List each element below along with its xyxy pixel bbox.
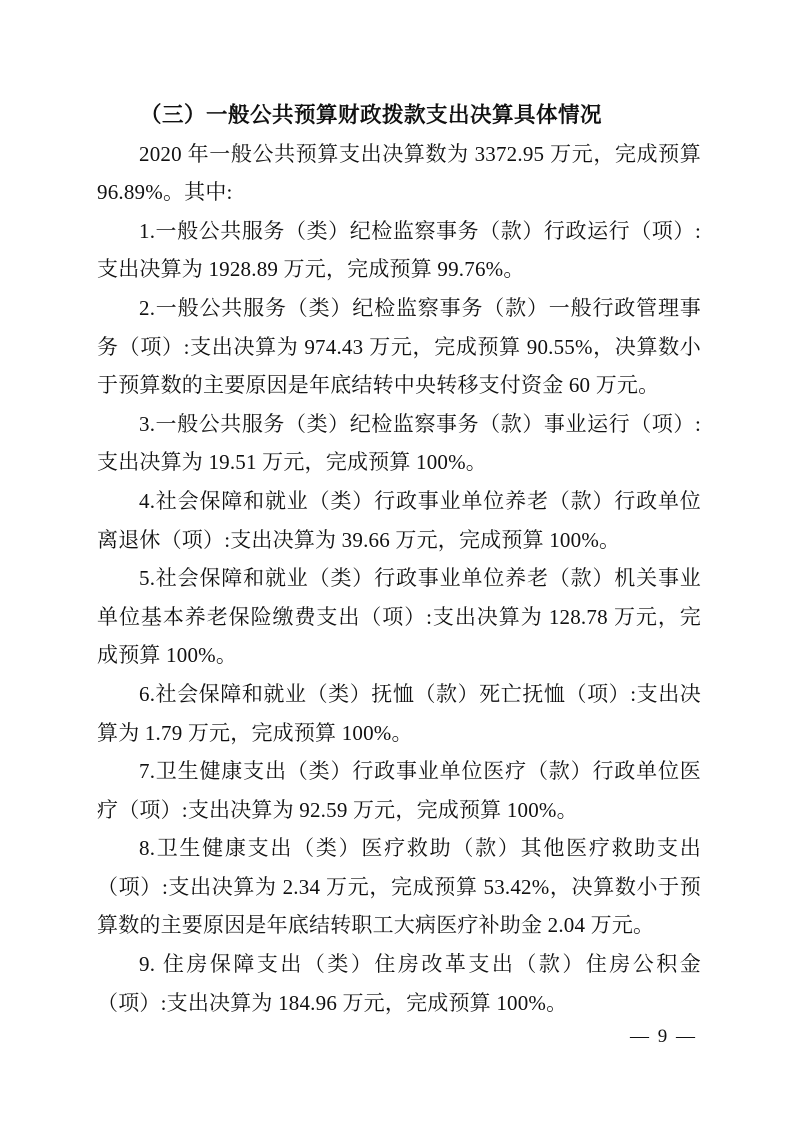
document-body: （三）一般公共预算财政拨款支出决算具体情况 2020 年一般公共预算支出决算数为… bbox=[97, 96, 701, 1022]
paragraph-item-5: 5.社会保障和就业（类）行政事业单位养老（款）机关事业单位基本养老保险缴费支出（… bbox=[97, 559, 701, 675]
paragraph-summary: 2020 年一般公共预算支出决算数为 3372.95 万元，完成预算 96.89… bbox=[97, 135, 701, 212]
paragraph-item-8: 8.卫生健康支出（类）医疗救助（款）其他医疗救助支出（项）:支出决算为 2.34… bbox=[97, 829, 701, 945]
paragraph-item-3: 3.一般公共服务（类）纪检监察事务（款）事业运行（项）:支出决算为 19.51 … bbox=[97, 405, 701, 482]
document-page: （三）一般公共预算财政拨款支出决算具体情况 2020 年一般公共预算支出决算数为… bbox=[0, 0, 793, 1122]
paragraph-item-1: 1.一般公共服务（类）纪检监察事务（款）行政运行（项）:支出决算为 1928.8… bbox=[97, 212, 701, 289]
paragraph-item-9: 9. 住房保障支出（类）住房改革支出（款）住房公积金（项）:支出决算为 184.… bbox=[97, 945, 701, 1022]
page-number: — 9 — bbox=[630, 1022, 697, 1052]
paragraph-item-2: 2.一般公共服务（类）纪检监察事务（款）一般行政管理事务（项）:支出决算为 97… bbox=[97, 289, 701, 405]
paragraph-item-6: 6.社会保障和就业（类）抚恤（款）死亡抚恤（项）:支出决算为 1.79 万元，完… bbox=[97, 675, 701, 752]
section-heading: （三）一般公共预算财政拨款支出决算具体情况 bbox=[97, 96, 701, 135]
paragraph-item-7: 7.卫生健康支出（类）行政事业单位医疗（款）行政单位医疗（项）:支出决算为 92… bbox=[97, 752, 701, 829]
paragraph-item-4: 4.社会保障和就业（类）行政事业单位养老（款）行政单位离退休（项）:支出决算为 … bbox=[97, 482, 701, 559]
